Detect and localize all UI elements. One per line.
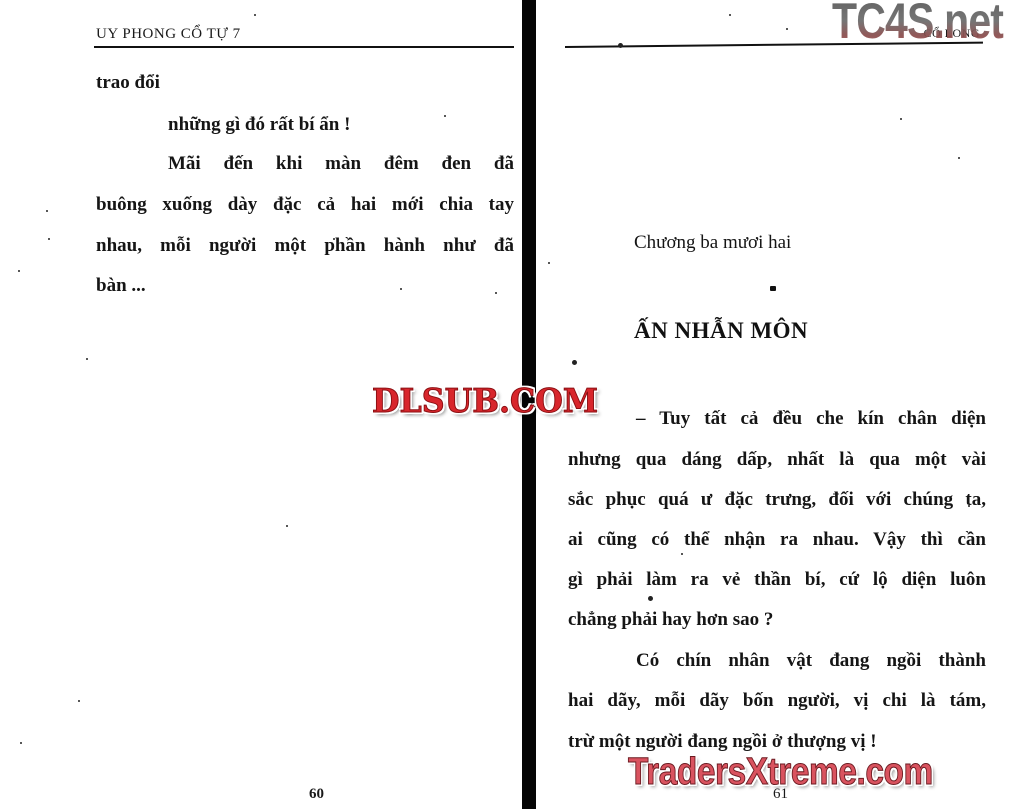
scan-speck (48, 238, 50, 240)
scan-speck (254, 14, 256, 16)
left-header-rule (94, 46, 514, 48)
left-text-line: bàn ... (96, 275, 146, 297)
tradersxtreme-watermark: TradersXtreme.com (628, 753, 933, 791)
left-running-header: UY PHONG CỔ TỰ 7 (96, 26, 241, 43)
scan-speck (46, 210, 48, 212)
right-text-line: – Tuy tất cả đều che kín chân diện (636, 408, 986, 430)
scan-speck (958, 157, 960, 159)
scan-speck (78, 700, 80, 702)
right-text-line: ai cũng có thể nhận ra nhau. Vậy thì cần (568, 529, 986, 551)
scan-speck (618, 43, 623, 48)
scan-speck (968, 505, 970, 507)
right-text-line: nhưng qua dáng dấp, nhất là qua một vài (568, 449, 986, 471)
right-text-line: gì phải làm ra vẻ thần bí, cứ lộ diện lu… (568, 569, 986, 591)
scan-speck (20, 742, 22, 744)
scan-speck (18, 270, 20, 272)
scan-speck (548, 262, 550, 264)
left-text-line: trao đổi (96, 72, 160, 94)
scan-speck (333, 238, 335, 240)
right-page (536, 0, 1024, 809)
left-text-line: những gì đó rất bí ẩn ! (168, 114, 350, 136)
scan-speck (400, 288, 402, 290)
chapter-label: Chương ba mươi hai (634, 232, 791, 254)
left-text-line: nhau, mỗi người một phần hành như đã (96, 235, 514, 257)
scan-speck (495, 292, 497, 294)
scan-speck (572, 360, 577, 365)
scan-speck (444, 115, 446, 117)
right-text-line: sắc phục quá ư đặc trưng, đối với chúng … (568, 489, 986, 511)
chapter-title: ẤN NHẪN MÔN (634, 318, 808, 344)
scan-speck (900, 118, 902, 120)
scan-speck (729, 14, 731, 16)
left-text-line: Mãi đến khi màn đêm đen đã (168, 153, 514, 175)
right-text-line: hai dãy, mỗi dãy bốn người, vị chi là tá… (568, 690, 986, 712)
scan-speck (86, 358, 88, 360)
tc4s-watermark: TC4S.net (832, 0, 1003, 46)
right-text-line: Có chín nhân vật đang ngồi thành (636, 650, 986, 672)
right-text-line: chẳng phải hay hơn sao ? (568, 609, 773, 631)
scan-speck (648, 596, 653, 601)
dlsub-watermark: DLSUB.COM (372, 384, 598, 417)
scan-speck (786, 28, 788, 30)
chapter-ornament (770, 286, 776, 291)
left-text-line: buông xuống dày đặc cả hai mới chia tay (96, 194, 514, 216)
left-page-number: 60 (309, 786, 324, 803)
scan-speck (681, 553, 683, 555)
scan-speck (286, 525, 288, 527)
right-text-line: trừ một người đang ngồi ở thượng vị ! (568, 731, 877, 753)
